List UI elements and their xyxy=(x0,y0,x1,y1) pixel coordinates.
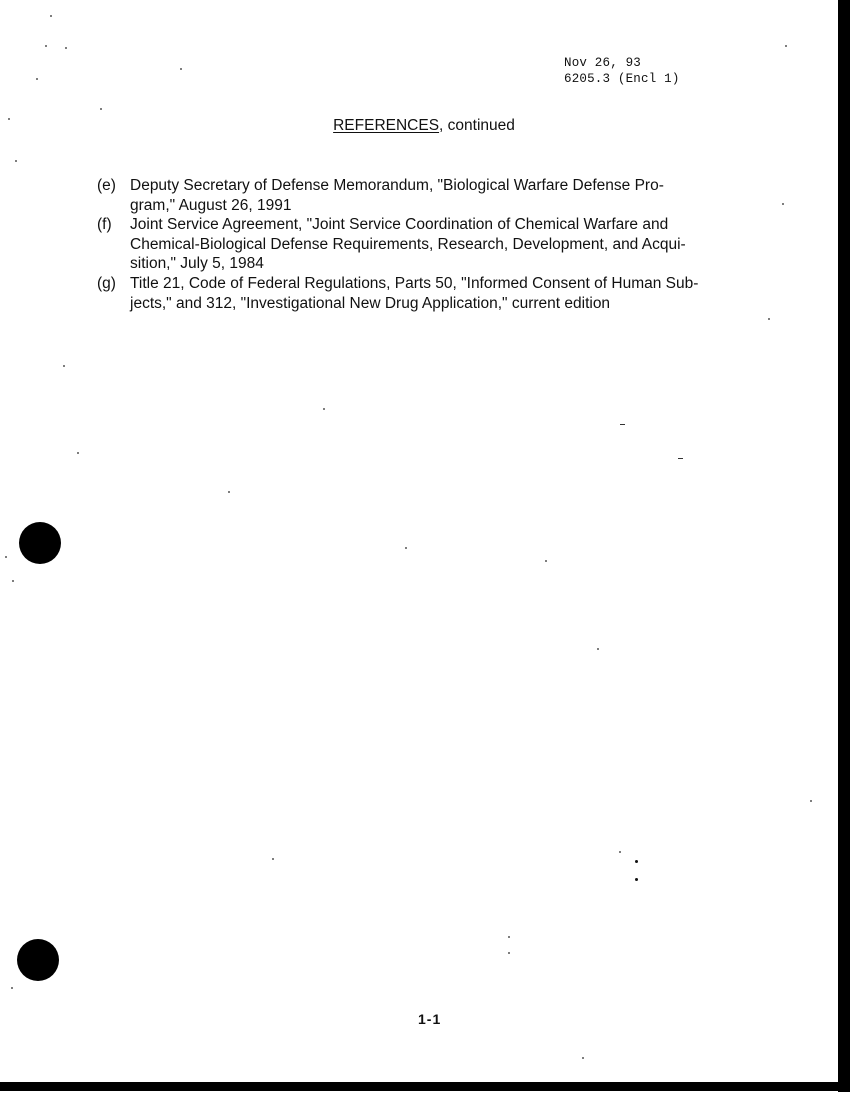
scan-speck xyxy=(180,68,182,70)
punch-hole-lower xyxy=(17,939,59,981)
scan-speck xyxy=(405,547,407,549)
scan-speck xyxy=(45,45,47,47)
scan-speck xyxy=(8,118,10,120)
references-list: (e) Deputy Secretary of Defense Memorand… xyxy=(97,176,757,313)
reference-item-g: (g) Title 21, Code of Federal Regulation… xyxy=(97,274,757,313)
scan-speck xyxy=(12,580,14,582)
scan-edge-right xyxy=(838,0,850,1092)
document-page: Nov 26, 93 6205.3 (Encl 1) REFERENCES, c… xyxy=(0,0,850,1097)
section-title-main: REFERENCES xyxy=(333,117,439,134)
scan-speck xyxy=(678,458,683,459)
document-number: 6205.3 (Encl 1) xyxy=(564,71,680,87)
scan-speck xyxy=(635,878,638,881)
page-number: 1-1 xyxy=(418,1011,441,1027)
scan-speck xyxy=(785,45,787,47)
section-title: REFERENCES, continued xyxy=(0,117,850,135)
scan-speck xyxy=(11,987,13,989)
reference-label: (g) xyxy=(97,274,116,294)
scan-speck xyxy=(272,858,274,860)
scan-speck xyxy=(65,47,67,49)
reference-text-line: Joint Service Agreement, "Joint Service … xyxy=(130,215,757,235)
reference-text-line: Deputy Secretary of Defense Memorandum, … xyxy=(130,176,757,196)
scan-speck xyxy=(508,952,510,954)
section-title-suffix: , continued xyxy=(439,117,515,134)
punch-hole-upper xyxy=(19,522,61,564)
scan-speck xyxy=(100,108,102,110)
reference-item-f: (f) Joint Service Agreement, "Joint Serv… xyxy=(97,215,757,274)
document-date: Nov 26, 93 xyxy=(564,55,680,71)
scan-speck xyxy=(5,556,7,558)
reference-label: (f) xyxy=(97,215,112,235)
scan-speck xyxy=(50,15,52,17)
scan-speck xyxy=(508,936,510,938)
scan-speck xyxy=(15,160,17,162)
scan-speck xyxy=(63,365,65,367)
reference-text-line: Title 21, Code of Federal Regulations, P… xyxy=(130,274,757,294)
scan-speck xyxy=(635,860,638,863)
scan-speck xyxy=(810,800,812,802)
reference-item-e: (e) Deputy Secretary of Defense Memorand… xyxy=(97,176,757,215)
document-header: Nov 26, 93 6205.3 (Encl 1) xyxy=(564,55,680,87)
reference-text-line: jects," and 312, "Investigational New Dr… xyxy=(130,294,757,314)
scan-edge-bottom xyxy=(0,1082,850,1091)
scan-speck xyxy=(768,318,770,320)
reference-label: (e) xyxy=(97,176,116,196)
scan-speck xyxy=(619,851,621,853)
scan-speck xyxy=(228,491,230,493)
reference-text-line: Chemical-Biological Defense Requirements… xyxy=(130,235,757,255)
scan-speck xyxy=(545,560,547,562)
scan-speck xyxy=(597,648,599,650)
scan-speck xyxy=(782,203,784,205)
scan-speck xyxy=(36,78,38,80)
reference-text-line: sition," July 5, 1984 xyxy=(130,254,757,274)
scan-speck xyxy=(323,408,325,410)
scan-speck xyxy=(582,1057,584,1059)
scan-speck xyxy=(620,424,625,425)
scan-speck xyxy=(77,452,79,454)
reference-text-line: gram," August 26, 1991 xyxy=(130,196,757,216)
